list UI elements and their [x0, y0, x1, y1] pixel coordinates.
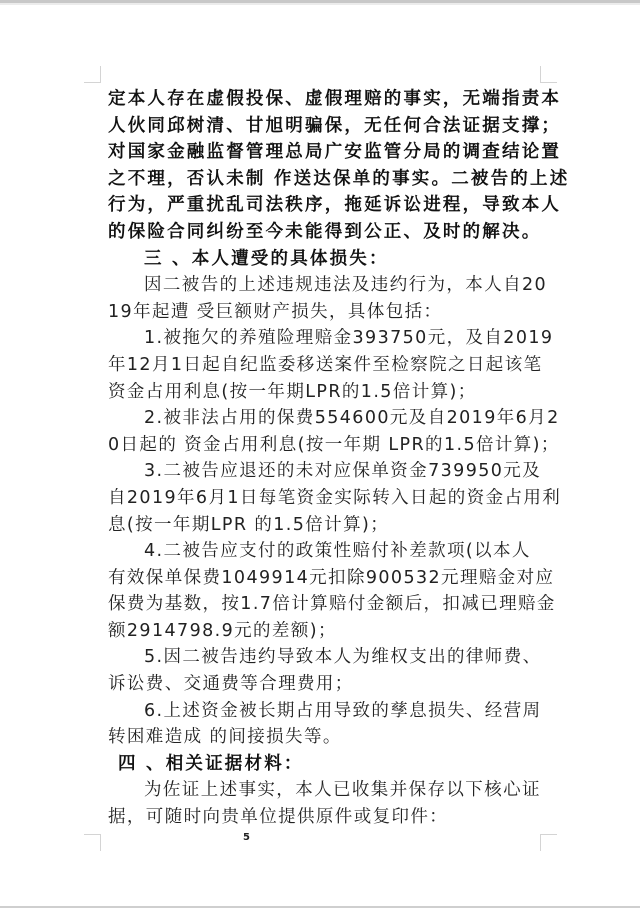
- list-item-loss-3: 3.二被告应退还的未对应保单资金739950元及 自2019年6月1日每笔资金实…: [108, 458, 548, 538]
- paragraph-losses-intro: 因二被告的上述违规违法及违约行为，本人自20 19年起遭 受巨额财产损失，具体包…: [108, 272, 548, 325]
- crop-mark-top-right: [540, 66, 557, 83]
- paragraph-bold-intro: 定本人存在虚假投保、虚假理赔的事实，无端指责本 人伙同邱树清、甘旭明骗保，无任何…: [108, 86, 548, 246]
- text-line: 行为，严重扰乱司法秩序，拖延诉讼进程，导致本人: [108, 192, 548, 219]
- text-line: 的保险合同纠纷至今未能得到公正、及时的解决。: [108, 219, 548, 246]
- text-line: 之不理，否认未制 作送达保单的事实。二被告的上述: [108, 166, 548, 193]
- text-line: 为佐证上述事实，本人已收集并保存以下核心证: [108, 777, 548, 804]
- text-line: 转困难造成 的间接损失等。: [108, 724, 548, 751]
- text-line: 额2914798.9元的差额)；: [108, 618, 548, 645]
- list-item-loss-4: 4.二被告应支付的政策性赔付补差款项(以本人 有效保单保费1049914元扣除9…: [108, 538, 548, 644]
- section-heading-evidence: 四 、相关证据材料：: [108, 751, 548, 778]
- text-line: 2.被非法占用的保费554600元及自2019年6月2: [108, 405, 548, 432]
- text-line: 5.因二被告违约导致本人为维权支出的律师费、: [108, 644, 548, 671]
- text-line: 据，可随时向贵单位提供原件或复印件：: [108, 804, 548, 831]
- text-line: 0日起的 资金占用利息(按一年期 LPR的1.5倍计算)；: [108, 432, 548, 459]
- crop-mark-bottom-left: [84, 834, 101, 851]
- paragraph-evidence-intro: 为佐证上述事实，本人已收集并保存以下核心证 据，可随时向贵单位提供原件或复印件：: [108, 777, 548, 830]
- text-line: 4.二被告应支付的政策性赔付补差款项(以本人: [108, 538, 548, 565]
- text-line: 19年起遭 受巨额财产损失，具体包括：: [108, 299, 548, 326]
- text-line: 1.被拖欠的养殖险理赔金393750元，及自2019: [108, 325, 548, 352]
- text-line: 保费为基数，按1.7倍计算赔付金额后，扣减已理赔金: [108, 591, 548, 618]
- top-edge-shadow: [0, 3, 640, 5]
- document-page: 定本人存在虚假投保、虚假理赔的事实，无端指责本 人伙同邱树清、甘旭明骗保，无任何…: [108, 86, 548, 831]
- text-line: 人伙同邱树清、甘旭明骗保，无任何合法证据支撑；: [108, 113, 548, 140]
- list-item-loss-2: 2.被非法占用的保费554600元及自2019年6月2 0日起的 资金占用利息(…: [108, 405, 548, 458]
- text-line: 因二被告的上述违规违法及违约行为，本人自20: [108, 272, 548, 299]
- text-line: 6.上述资金被长期占用导致的孳息损失、经营周: [108, 698, 548, 725]
- text-line: 有效保单保费1049914元扣除900532元理赔金对应: [108, 565, 548, 592]
- crop-mark-bottom-right: [540, 834, 557, 851]
- page-number: 5: [243, 832, 250, 843]
- text-line: 年12月1日起自纪监委移送案件至检察院之日起该笔: [108, 352, 548, 379]
- text-line: 对国家金融监督管理总局广安监管分局的调查结论置: [108, 139, 548, 166]
- text-line: 诉讼费、交通费等合理费用；: [108, 671, 548, 698]
- text-line: 资金占用利息(按一年期LPR的1.5倍计算)；: [108, 379, 548, 406]
- section-heading-losses: 三 、本人遭受的具体损失：: [108, 246, 548, 273]
- crop-mark-top-left: [84, 66, 101, 83]
- list-item-loss-1: 1.被拖欠的养殖险理赔金393750元，及自2019 年12月1日起自纪监委移送…: [108, 325, 548, 405]
- text-line: 定本人存在虚假投保、虚假理赔的事实，无端指责本: [108, 86, 548, 113]
- text-line: 3.二被告应退还的未对应保单资金739950元及: [108, 458, 548, 485]
- list-item-loss-5: 5.因二被告违约导致本人为维权支出的律师费、 诉讼费、交通费等合理费用；: [108, 644, 548, 697]
- list-item-loss-6: 6.上述资金被长期占用导致的孳息损失、经营周 转困难造成 的间接损失等。: [108, 698, 548, 751]
- text-line: 自2019年6月1日每笔资金实际转入日起的资金占用利: [108, 485, 548, 512]
- text-line: 息(按一年期LPR 的1.5倍计算)；: [108, 512, 548, 539]
